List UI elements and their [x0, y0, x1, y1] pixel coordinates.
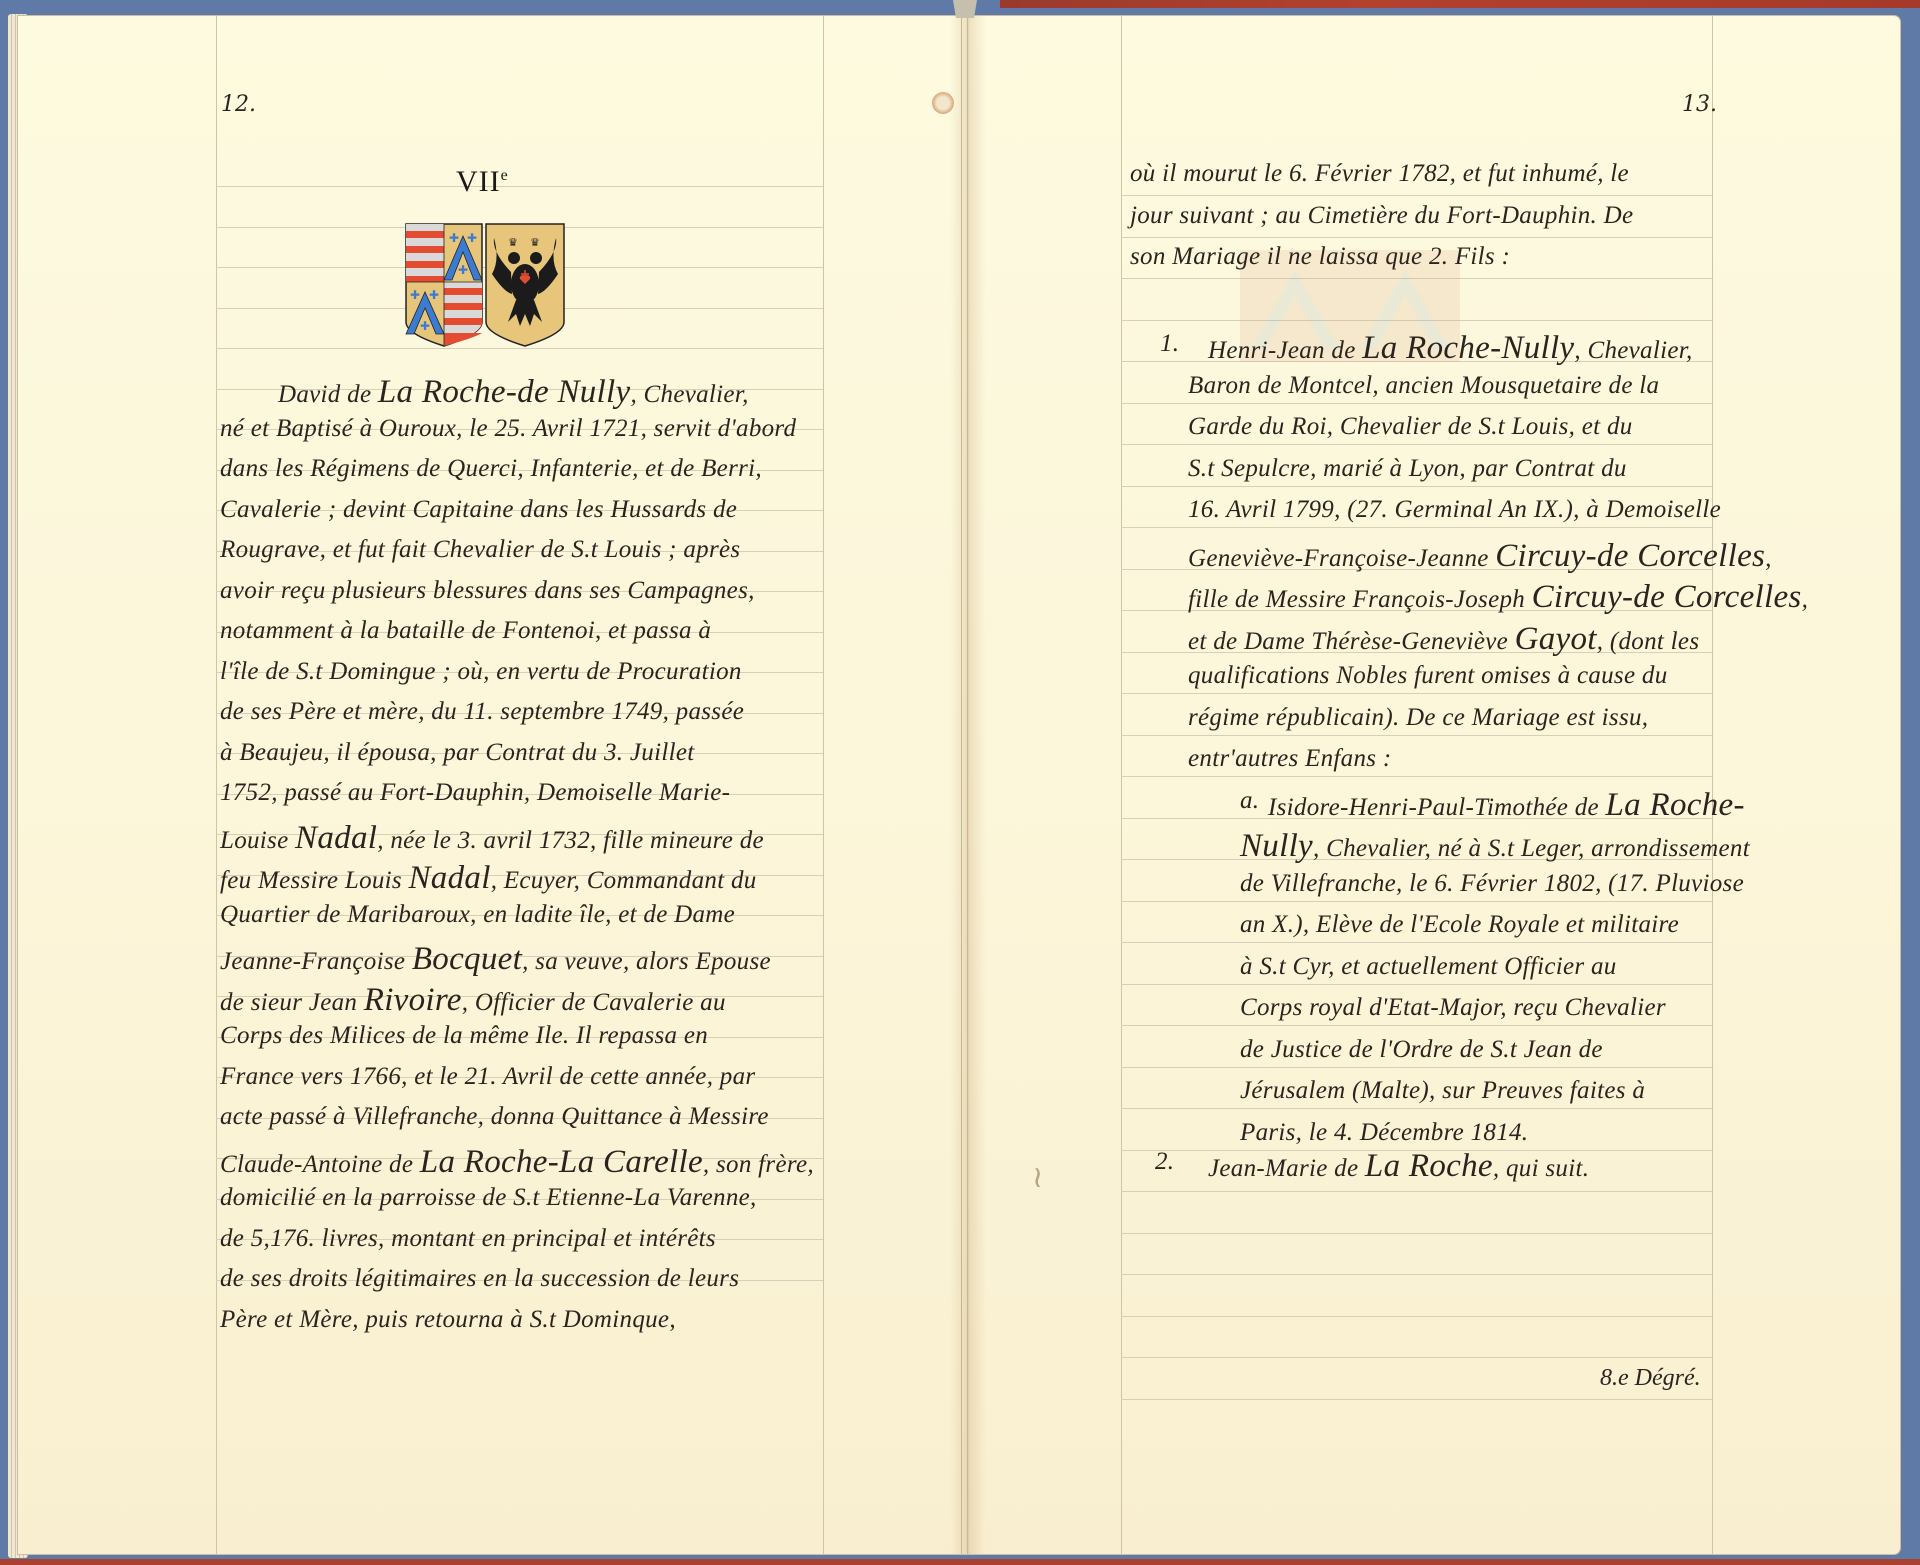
- person-name: Circuy-de Corcelles: [1495, 538, 1765, 574]
- left-text-line: France vers 1766, et le 21. Avril de cet…: [220, 1063, 755, 1091]
- child-number: 2.: [1155, 1148, 1174, 1176]
- right-ruled-line: [1121, 403, 1712, 404]
- right-ruled-line: [1121, 984, 1712, 985]
- right-ruled-line: [1121, 1274, 1712, 1275]
- line-text: de 5,176. livres, montant en principal e…: [220, 1225, 716, 1252]
- line-text: acte passé à Villefranche, donna Quittan…: [220, 1103, 769, 1130]
- grandchild-text-line: Isidore-Henri-Paul-Timothée de La Roche-: [1268, 787, 1745, 824]
- margin-pencil-mark: ≀: [1032, 1160, 1043, 1195]
- left-text-line: notamment à la bataille de Fontenoi, et …: [220, 617, 711, 645]
- left-text-line: Cavalerie ; devint Capitaine dans les Hu…: [220, 496, 737, 524]
- right-ruled-line: [1121, 527, 1712, 528]
- child-text-line: Baron de Montcel, ancien Mousquetaire de…: [1188, 372, 1659, 400]
- left-text-line: à Beaujeu, il épousa, par Contrat du 3. …: [220, 739, 694, 767]
- foxing-stain: [932, 92, 954, 114]
- right-ruled-line: [1121, 1357, 1712, 1358]
- right-page-outer-margin-rule: [1712, 16, 1713, 1554]
- line-text: David de: [278, 381, 378, 408]
- left-text-line: Jeanne-Françoise Bocquet, sa veuve, alor…: [220, 941, 771, 978]
- line-text: à Beaujeu, il épousa, par Contrat du 3. …: [220, 739, 694, 766]
- svg-text:♛: ♛: [508, 236, 518, 249]
- person-name: La Roche-: [1605, 787, 1744, 823]
- line-text: , Chevalier,: [1574, 337, 1692, 364]
- page-number-right: 13.: [1682, 92, 1717, 117]
- svg-text:✚: ✚: [467, 231, 477, 245]
- line-text: Jérusalem (Malte), sur Preuves faites à: [1240, 1077, 1645, 1104]
- line-text: an X.), Elève de l'Ecole Royale et milit…: [1240, 911, 1679, 938]
- section-heading: VIIe: [456, 165, 509, 199]
- left-text-line: dans les Régimens de Querci, Infanterie,…: [220, 455, 762, 483]
- line-text: qualifications Nobles furent omises à ca…: [1188, 662, 1668, 689]
- child-text-line: fille de Messire François-Joseph Circuy-…: [1188, 579, 1808, 616]
- person-name: Nully: [1240, 828, 1313, 864]
- right-ruled-line: [1121, 735, 1712, 736]
- line-text: , son frère,: [703, 1151, 814, 1178]
- right-ruled-line: [1121, 901, 1712, 902]
- gutter-fold: [967, 16, 968, 1554]
- svg-text:✚: ✚: [410, 288, 420, 302]
- svg-text:♛: ♛: [530, 236, 540, 249]
- line-text: Père et Mère, puis retourna à S.t Dominq…: [220, 1306, 676, 1333]
- left-text-line: domicilié en la parroisse de S.t Etienne…: [220, 1184, 757, 1212]
- person-name: Nadal: [409, 860, 491, 896]
- binding-cloth-top: [1000, 0, 1920, 8]
- right-ruled-line: [1121, 195, 1712, 196]
- line-text: notamment à la bataille de Fontenoi, et …: [220, 617, 711, 644]
- child-text-line: qualifications Nobles furent omises à ca…: [1188, 662, 1668, 690]
- line-text: S.t Sepulcre, marié à Lyon, par Contrat …: [1188, 455, 1627, 482]
- right-text-line: jour suivant ; au Cimetière du Fort-Daup…: [1130, 202, 1633, 230]
- person-name: Rivoire: [364, 982, 462, 1018]
- left-text-line: Père et Mère, puis retourna à S.t Dominq…: [220, 1306, 676, 1334]
- line-text: Henri-Jean de: [1208, 337, 1362, 364]
- right-ruled-line: [1121, 1316, 1712, 1317]
- right-text-line: où il mourut le 6. Février 1782, et fut …: [1130, 160, 1629, 188]
- person-name: Circuy-de Corcelles: [1532, 579, 1802, 615]
- line-text: Rougrave, et fut fait Chevalier de S.t L…: [220, 536, 740, 563]
- binding-cloth-bottom: [0, 1559, 1920, 1565]
- child-text-line: Geneviève-Françoise-Jeanne Circuy-de Cor…: [1188, 538, 1772, 575]
- line-text: , Chevalier, né à S.t Leger, arrondissem…: [1313, 835, 1750, 862]
- right-page-inner-margin-rule: [1121, 16, 1122, 1554]
- line-text: Geneviève-Françoise-Jeanne: [1188, 545, 1495, 572]
- line-text: Jeanne-Françoise: [220, 948, 412, 975]
- line-text: fille de Messire François-Joseph: [1188, 586, 1532, 613]
- line-text: domicilié en la parroisse de S.t Etienne…: [220, 1184, 757, 1211]
- right-ruled-line: [1121, 776, 1712, 777]
- line-text: , Chevalier,: [630, 381, 748, 408]
- line-text: , née le 3. avril 1732, fille mineure de: [377, 827, 764, 854]
- grandchild-text-line: Paris, le 4. Décembre 1814.: [1240, 1119, 1528, 1147]
- right-ruled-line: [1121, 942, 1712, 943]
- left-page-inner-margin-rule: [823, 16, 824, 1554]
- child-text-line: Henri-Jean de La Roche-Nully, Chevalier,: [1208, 330, 1693, 367]
- line-text: feu Messire Louis: [220, 867, 409, 894]
- right-ruled-line: [1121, 486, 1712, 487]
- left-text-line: Claude-Antoine de La Roche-La Carelle, s…: [220, 1144, 814, 1181]
- line-text: de ses droits légitimaires en la success…: [220, 1265, 739, 1292]
- right-ruled-line: [1121, 1108, 1712, 1109]
- line-text: , sa veuve, alors Epouse: [522, 948, 771, 975]
- grandchild-text-line: Jérusalem (Malte), sur Preuves faites à: [1240, 1077, 1645, 1105]
- grandchild-text-line: à S.t Cyr, et actuellement Officier au: [1240, 953, 1617, 981]
- left-text-line: de ses droits légitimaires en la success…: [220, 1265, 739, 1293]
- line-text: Garde du Roi, Chevalier de S.t Louis, et…: [1188, 413, 1633, 440]
- left-text-line: de 5,176. livres, montant en principal e…: [220, 1225, 716, 1253]
- line-text: 1752, passé au Fort-Dauphin, Demoiselle …: [220, 779, 730, 806]
- grandchild-text-line: de Justice de l'Ordre de S.t Jean de: [1240, 1036, 1603, 1064]
- line-text: Paris, le 4. Décembre 1814.: [1240, 1119, 1528, 1146]
- left-text-line: avoir reçu plusieurs blessures dans ses …: [220, 577, 755, 605]
- child-text-line: entr'autres Enfans :: [1188, 745, 1391, 773]
- book-gutter: [950, 16, 986, 1554]
- line-text: à S.t Cyr, et actuellement Officier au: [1240, 953, 1617, 980]
- line-text: né et Baptisé à Ouroux, le 25. Avril 172…: [220, 415, 796, 442]
- line-text: l'île de S.t Domingue ; où, en vertu de …: [220, 658, 742, 685]
- line-text: entr'autres Enfans :: [1188, 745, 1391, 772]
- left-text-line: 1752, passé au Fort-Dauphin, Demoiselle …: [220, 779, 730, 807]
- page-number-left: 12.: [221, 92, 256, 117]
- line-text: ,: [1765, 545, 1772, 572]
- grandchild-text-line: an X.), Elève de l'Ecole Royale et milit…: [1240, 911, 1679, 939]
- right-ruled-line: [1121, 444, 1712, 445]
- left-text-line: l'île de S.t Domingue ; où, en vertu de …: [220, 658, 742, 686]
- right-ruled-line: [1121, 237, 1712, 238]
- line-text: avoir reçu plusieurs blessures dans ses …: [220, 577, 755, 604]
- svg-text:✚: ✚: [420, 319, 430, 333]
- coat-of-arms-icon: ✚ ✚ ✚ ✚ ✚ ✚ ♛ ♛: [404, 222, 572, 350]
- child-number: 1.: [1160, 330, 1179, 358]
- left-text-line: Louise Nadal, née le 3. avril 1732, fill…: [220, 820, 764, 857]
- child-text-line: régime républicain). De ce Mariage est i…: [1188, 704, 1648, 732]
- grandchild-letter: a.: [1240, 787, 1259, 815]
- line-text: Corps des Milices de la même Ile. Il rep…: [220, 1022, 708, 1049]
- line-text: Louise: [220, 827, 295, 854]
- right-ruled-line: [1121, 1025, 1712, 1026]
- child-text-line: S.t Sepulcre, marié à Lyon, par Contrat …: [1188, 455, 1627, 483]
- left-text-line: acte passé à Villefranche, donna Quittan…: [220, 1103, 769, 1131]
- child-text-line: Garde du Roi, Chevalier de S.t Louis, et…: [1188, 413, 1633, 441]
- line-text: de sieur Jean: [220, 989, 364, 1016]
- person-name: La Roche-de Nully: [378, 374, 631, 410]
- left-text-line: feu Messire Louis Nadal, Ecuyer, Command…: [220, 860, 757, 897]
- svg-text:✚: ✚: [449, 231, 459, 245]
- right-text-line: son Mariage il ne laissa que 2. Fils :: [1130, 243, 1510, 271]
- line-text: et de Dame Thérèse-Geneviève: [1188, 628, 1515, 655]
- section-heading-numeral: VII: [456, 165, 501, 198]
- line-text: , Ecuyer, Commandant du: [491, 867, 757, 894]
- right-ruled-line: [1121, 1067, 1712, 1068]
- grandchild-text-line: Nully, Chevalier, né à S.t Leger, arrond…: [1240, 828, 1750, 865]
- line-text: Isidore-Henri-Paul-Timothée de: [1268, 794, 1605, 821]
- svg-text:✚: ✚: [458, 263, 468, 277]
- right-ruled-line: [1121, 693, 1712, 694]
- line-text: ,: [1802, 586, 1809, 613]
- line-text: Jean-Marie de: [1208, 1155, 1365, 1182]
- left-text-line: né et Baptisé à Ouroux, le 25. Avril 172…: [220, 415, 796, 443]
- grandchild-text-line: de Villefranche, le 6. Février 1802, (17…: [1240, 870, 1744, 898]
- line-text: Corps royal d'Etat-Major, reçu Chevalier: [1240, 994, 1666, 1021]
- line-text: jour suivant ; au Cimetière du Fort-Daup…: [1130, 202, 1633, 229]
- person-name: La Roche-Nully: [1362, 330, 1574, 366]
- left-text-line: David de La Roche-de Nully, Chevalier,: [278, 374, 749, 411]
- line-text: où il mourut le 6. Février 1782, et fut …: [1130, 160, 1629, 187]
- line-text: , (dont les: [1597, 628, 1700, 655]
- svg-text:✚: ✚: [429, 288, 439, 302]
- line-text: Baron de Montcel, ancien Mousquetaire de…: [1188, 372, 1659, 399]
- left-ruled-line: [216, 186, 823, 187]
- left-page-outer-margin-rule: [216, 16, 217, 1554]
- line-text: France vers 1766, et le 21. Avril de cet…: [220, 1063, 755, 1090]
- right-ruled-line: [1121, 1233, 1712, 1234]
- child-text-line: et de Dame Thérèse-Geneviève Gayot, (don…: [1188, 621, 1699, 658]
- line-text: , Officier de Cavalerie au: [462, 989, 726, 1016]
- line-text: Claude-Antoine de: [220, 1151, 420, 1178]
- line-text: régime républicain). De ce Mariage est i…: [1188, 704, 1648, 731]
- section-heading-superscript: e: [501, 167, 509, 184]
- child-text-line: Jean-Marie de La Roche, qui suit.: [1208, 1148, 1589, 1185]
- right-ruled-line: [1121, 1191, 1712, 1192]
- line-text: , qui suit.: [1493, 1155, 1589, 1182]
- left-text-line: de ses Père et mère, du 11. septembre 17…: [220, 698, 744, 726]
- left-text-line: Corps des Milices de la même Ile. Il rep…: [220, 1022, 708, 1050]
- person-name: La Roche: [1365, 1148, 1493, 1184]
- left-text-line: Quartier de Maribaroux, en ladite île, e…: [220, 901, 735, 929]
- right-ruled-line: [1121, 1399, 1712, 1400]
- person-name: Nadal: [295, 820, 377, 856]
- person-name: La Roche-La Carelle: [420, 1144, 703, 1180]
- degree-note: 8.e Dégré.: [1600, 1365, 1701, 1392]
- child-text-line: 16. Avril 1799, (27. Germinal An IX.), à…: [1188, 496, 1721, 524]
- left-text-line: Rougrave, et fut fait Chevalier de S.t L…: [220, 536, 740, 564]
- person-name: Gayot: [1515, 621, 1597, 657]
- line-text: dans les Régimens de Querci, Infanterie,…: [220, 455, 762, 482]
- grandchild-text-line: Corps royal d'Etat-Major, reçu Chevalier: [1240, 994, 1666, 1022]
- person-name: Bocquet: [412, 941, 522, 977]
- line-text: 16. Avril 1799, (27. Germinal An IX.), à…: [1188, 496, 1721, 523]
- left-text-line: de sieur Jean Rivoire, Officier de Caval…: [220, 982, 726, 1019]
- line-text: de Villefranche, le 6. Février 1802, (17…: [1240, 870, 1744, 897]
- line-text: son Mariage il ne laissa que 2. Fils :: [1130, 243, 1510, 270]
- line-text: de Justice de l'Ordre de S.t Jean de: [1240, 1036, 1603, 1063]
- line-text: de ses Père et mère, du 11. septembre 17…: [220, 698, 744, 725]
- line-text: Quartier de Maribaroux, en ladite île, e…: [220, 901, 735, 928]
- line-text: Cavalerie ; devint Capitaine dans les Hu…: [220, 496, 737, 523]
